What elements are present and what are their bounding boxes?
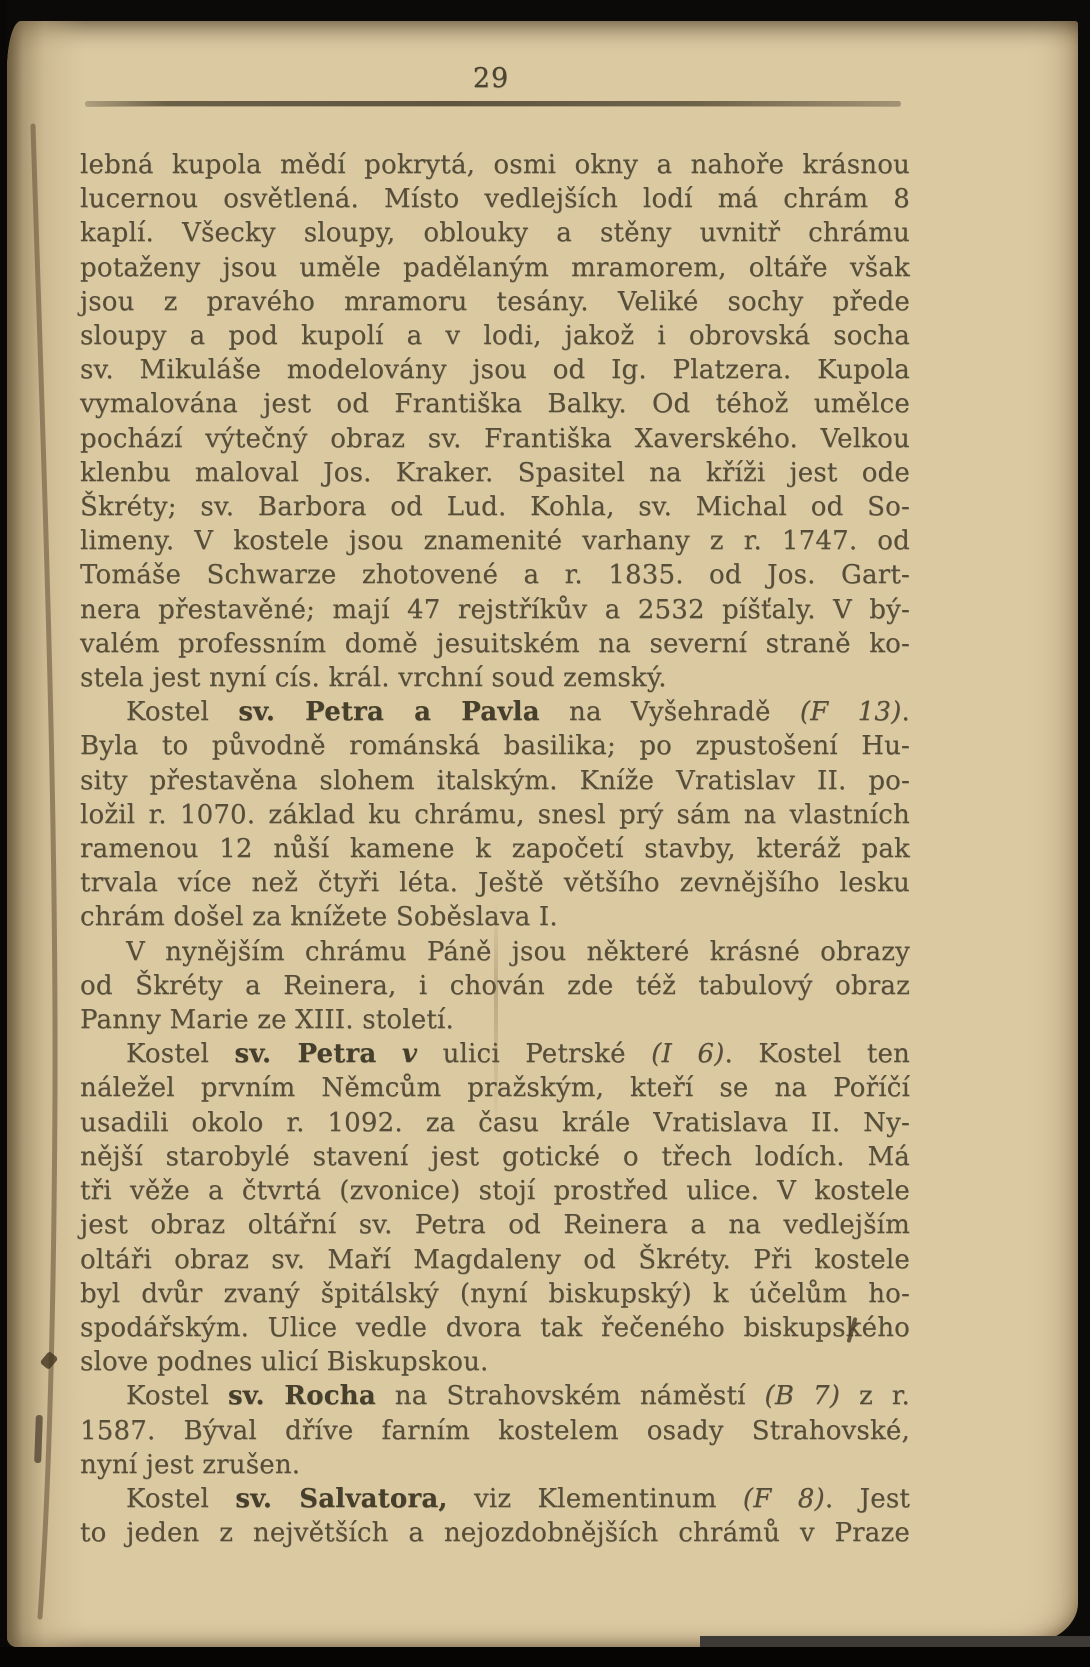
- text-segment: 1587. Býval dříve farním kostelem osady …: [80, 1416, 910, 1446]
- text-segment: V nynějším chrámu Páně jsou některé krás…: [126, 937, 910, 967]
- text-segment: viz Klementinum: [448, 1484, 743, 1514]
- book-page: 29 lebná kupola mědí pokrytá, osmi okny …: [7, 21, 1078, 1647]
- text-segment: nyní jest zrušen.: [80, 1450, 300, 1480]
- text-segment: na Vyšehradě: [540, 697, 800, 727]
- text-segment: ramenou 12 nůší kamene k započetí stavby…: [80, 834, 910, 864]
- text-line: ložil r. 1070. základ ku chrámu, snesl p…: [80, 798, 910, 832]
- text-segment: lucernou osvětlená. Místo vedlejších lod…: [80, 184, 910, 214]
- text-segment: (I 6): [651, 1039, 724, 1069]
- text-line: nera přestavěné; mají 47 rejstříkův a 25…: [80, 593, 910, 627]
- text-line: jsou z pravého mramoru tesány. Veliké so…: [80, 285, 910, 319]
- text-block: lebná kupola mědí pokrytá, osmi okny a n…: [80, 148, 910, 1550]
- text-segment: jsou z pravého mramoru tesány. Veliké so…: [80, 287, 910, 317]
- text-segment: z r.: [840, 1381, 910, 1411]
- gutter-shadow: [7, 21, 85, 1647]
- text-segment: na Strahovském náměstí: [376, 1381, 765, 1411]
- text-line: limeny. V kostele jsou znamenité varhany…: [80, 524, 910, 558]
- text-line: Kostel sv. Salvatora, viz Klementinum (F…: [80, 1482, 910, 1516]
- text-segment: jest obraz oltářní sv. Petra od Reinera …: [80, 1210, 910, 1240]
- text-segment: Tomáše Schwarze zhotovené a r. 1835. od …: [80, 560, 910, 590]
- text-segment: tři věže a čtvrtá (zvonice) stojí prostř…: [80, 1176, 910, 1206]
- text-line: ramenou 12 nůší kamene k započetí stavby…: [80, 832, 910, 866]
- ink-speck: [40, 1351, 59, 1370]
- text-segment: Kostel: [126, 1381, 228, 1411]
- text-segment: limeny. V kostele jsou znamenité varhany…: [80, 526, 910, 556]
- text-segment: oltáři obraz sv. Maří Magdaleny od Škrét…: [80, 1245, 910, 1275]
- text-line: Škréty; sv. Barbora od Lud. Kohla, sv. M…: [80, 490, 910, 524]
- text-segment: vymalována jest od Františka Balky. Od t…: [80, 389, 910, 419]
- text-line: to jeden z největších a nejozdobnějších …: [80, 1516, 910, 1550]
- text-segment: . Jest: [825, 1484, 910, 1514]
- text-line: Kostel sv. Rocha na Strahovském náměstí …: [80, 1379, 910, 1413]
- gutter-curve-line: [7, 21, 87, 1647]
- text-segment: Kostel: [126, 1484, 235, 1514]
- text-segment: sv. Salvatora,: [235, 1484, 447, 1514]
- text-line: 1587. Býval dříve farním kostelem osady …: [80, 1414, 910, 1448]
- page-number: 29: [83, 63, 899, 95]
- text-segment: sv. Mikuláše modelovány jsou od Ig. Plat…: [80, 355, 910, 385]
- text-line: byl dvůr zvaný špitálský (nyní biskupský…: [80, 1277, 910, 1311]
- text-segment: ulici Petrské: [417, 1039, 651, 1069]
- text-segment: (B 7): [764, 1381, 840, 1411]
- text-line: tři věže a čtvrtá (zvonice) stojí prostř…: [80, 1174, 910, 1208]
- scan-edge-left: [0, 0, 7, 1667]
- text-segment: Panny Marie ze XIII. století.: [80, 1005, 454, 1035]
- text-segment: potaženy jsou uměle padělaným mramorem, …: [80, 253, 910, 283]
- text-line: Byla to původně románská basilika; po zp…: [80, 729, 910, 763]
- text-line: stela jest nyní cís. král. vrchní soud z…: [80, 661, 910, 695]
- text-line: sv. Mikuláše modelovány jsou od Ig. Plat…: [80, 353, 910, 387]
- text-line: pochází výtečný obraz sv. Františka Xave…: [80, 422, 910, 456]
- text-line: lebná kupola mědí pokrytá, osmi okny a n…: [80, 148, 910, 182]
- text-line: kaplí. Všecky sloupy, oblouky a stěny uv…: [80, 216, 910, 250]
- text-segment: lebná kupola mědí pokrytá, osmi okny a n…: [80, 150, 910, 180]
- text-line: lucernou osvětlená. Místo vedlejších lod…: [80, 182, 910, 216]
- text-segment: [376, 1039, 401, 1069]
- text-line: potaženy jsou uměle padělaným mramorem, …: [80, 251, 910, 285]
- text-line: nější starobylé stavení jest gotické o t…: [80, 1140, 910, 1174]
- text-line: valém professním domě jesuitském na seve…: [80, 627, 910, 661]
- text-segment: Kostel: [126, 697, 238, 727]
- text-segment: Byla to původně románská basilika; po zp…: [80, 731, 910, 761]
- text-segment: sity přestavěna slohem italským. Kníže V…: [80, 766, 910, 796]
- text-segment: sv. Petra: [235, 1039, 377, 1069]
- text-segment: ložil r. 1070. základ ku chrámu, snesl p…: [80, 800, 910, 830]
- text-segment: sloupy a pod kupolí a v lodi, jakož i ob…: [80, 321, 910, 351]
- text-segment: stela jest nyní cís. král. vrchní soud z…: [80, 663, 667, 693]
- text-segment: klenbu maloval Jos. Kraker. Spasitel na …: [80, 458, 910, 488]
- paper-crease: [494, 901, 498, 1131]
- text-line: slove podnes ulicí Biskupskou.: [80, 1345, 910, 1379]
- text-line: Tomáše Schwarze zhotovené a r. 1835. od …: [80, 558, 910, 592]
- text-segment: to jeden z největších a nejozdobnějších …: [80, 1518, 910, 1548]
- text-line: jest obraz oltářní sv. Petra od Reinera …: [80, 1208, 910, 1242]
- text-line: klenbu maloval Jos. Kraker. Spasitel na …: [80, 456, 910, 490]
- text-segment: valém professním domě jesuitském na seve…: [80, 629, 910, 659]
- text-line: trvala více než čtyři léta. Ještě většíh…: [80, 866, 910, 900]
- text-line: Kostel sv. Petra a Pavla na Vyšehradě (F…: [80, 695, 910, 729]
- text-segment: slove podnes ulicí Biskupskou.: [80, 1347, 489, 1377]
- text-segment: spodářským. Ulice vedle dvora tak řečené…: [80, 1313, 910, 1343]
- text-segment: sv. Petra a Pavla: [238, 697, 539, 727]
- text-segment: byl dvůr zvaný špitálský (nyní biskupský…: [80, 1279, 910, 1309]
- ink-speck: [34, 1415, 43, 1463]
- text-segment: nera přestavěné; mají 47 rejstříkův a 25…: [80, 595, 910, 625]
- text-line: sity přestavěna slohem italským. Kníže V…: [80, 764, 910, 798]
- text-segment: chrám došel za knížete Soběslava I.: [80, 902, 558, 932]
- text-segment: trvala více než čtyři léta. Ještě většíh…: [80, 868, 910, 898]
- scan-background: 29 lebná kupola mědí pokrytá, osmi okny …: [0, 0, 1090, 1667]
- text-segment: nější starobylé stavení jest gotické o t…: [80, 1142, 910, 1172]
- text-segment: . Kostel ten: [724, 1039, 910, 1069]
- text-segment: (F 8): [743, 1484, 825, 1514]
- text-line: sloupy a pod kupolí a v lodi, jakož i ob…: [80, 319, 910, 353]
- text-segment: v: [402, 1039, 417, 1069]
- text-line: nyní jest zrušen.: [80, 1448, 910, 1482]
- text-segment: sv. Rocha: [228, 1381, 376, 1411]
- text-line: oltáři obraz sv. Maří Magdaleny od Škrét…: [80, 1243, 910, 1277]
- text-segment: pochází výtečný obraz sv. Františka Xave…: [80, 424, 910, 454]
- header-rule: [85, 101, 901, 106]
- text-segment: (F 13): [800, 697, 902, 727]
- text-segment: kaplí. Všecky sloupy, oblouky a stěny uv…: [80, 218, 910, 248]
- text-line: vymalována jest od Františka Balky. Od t…: [80, 387, 910, 421]
- text-segment: .: [902, 697, 910, 727]
- scan-edge-bottom: [0, 1647, 1090, 1667]
- text-segment: Kostel: [126, 1039, 235, 1069]
- text-segment: Škréty; sv. Barbora od Lud. Kohla, sv. M…: [80, 492, 910, 522]
- text-line: spodářským. Ulice vedle dvora tak řečené…: [80, 1311, 910, 1345]
